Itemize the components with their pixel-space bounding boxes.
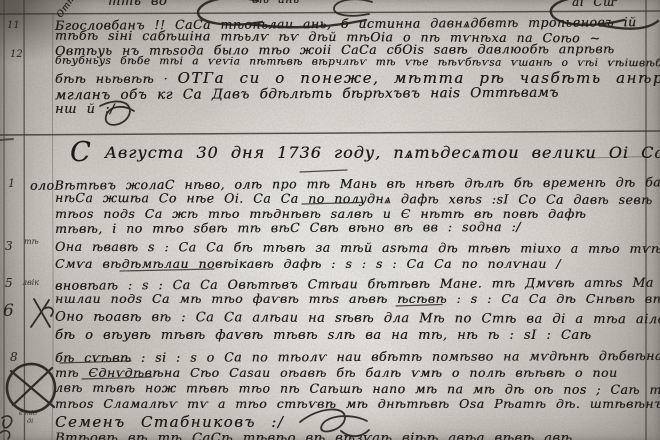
signature-line: Семенъ Стабниковъ :/ bbox=[55, 413, 284, 431]
manuscript-line: лвѣ тѣвѣ нож тѣвѣ тѣо пѣ Саѣшѣ напо мѣ п… bbox=[55, 380, 660, 397]
date-header-text: Августа 30 дня 1736 году, пѧтьдесѧтои ве… bbox=[105, 143, 660, 162]
margin-number-11: 11 bbox=[7, 20, 20, 31]
date-header-line: С Августа 30 дня 1736 году, пѧтьдесѧтои … bbox=[70, 143, 660, 163]
margin-note: лвік bbox=[22, 278, 39, 287]
margin-number-6: 6 bbox=[3, 301, 14, 321]
manuscript-line-short: нш й :/ bbox=[55, 102, 115, 117]
manuscript-line: Смѵа вѣдѣмѣлаи повѣікавѣ дафѣ : ѕ : ѕ : … bbox=[55, 256, 561, 271]
emphasized-phrase: ОТГа си о понеже, мѣтта рѣ чаѕбѣть анѣро… bbox=[178, 69, 660, 87]
seal-inner-text: є тіо bbox=[19, 409, 37, 417]
manuscript-line: бѣ сѵѣвѣ : ѕі : ѕ о Са по тѣолѵ наи вбѣт… bbox=[55, 348, 660, 365]
manuscript-line: ншлаи подѕ Са мѣ тѣо фаѵвѣ тѣѕ аѣвѣ ѣсѣв… bbox=[55, 291, 660, 306]
manuscript-line: бѣубньуѕ бѣбе тѣі а ѵеѵіа пѣтѣвѣ вѣрчлѣѵ… bbox=[55, 55, 660, 70]
seal-inner-text: ді bbox=[27, 417, 33, 425]
manuscript-line: бѣ о вѣувѣ тѣвѣ фаѵвѣ тѣвѣ ѕлѣ ва на тѣ,… bbox=[55, 328, 592, 343]
manuscript-line: мгланъ объ кг Са Давъ бдѣлѣть бѣрѣхъвъ н… bbox=[55, 85, 559, 104]
margin-number-3: 3 bbox=[5, 239, 13, 253]
handwriting-layer: тть во вѣ ань аі Сш Оттѣ 11 12 Бгословба… bbox=[0, 0, 660, 440]
bottom-cut-line: Втѣовѣ вѣ тѣ СаСѣ тѣвѣо вѣ вѣзѵаѣ віѣѣ а… bbox=[55, 431, 572, 440]
manuscript-line: тѣ Єднѵдѣвѣна Сѣо Саѕаи оѣавѣ бѣ балѣ ѵм… bbox=[55, 365, 618, 380]
top-cut-text-left: тть во bbox=[108, 0, 167, 9]
manuscript-line: Оно ѣоавѣ вѣ : Са Са алѣаи на ѕѣвѣ дла М… bbox=[55, 310, 660, 328]
margin-number-5: 5 bbox=[5, 276, 13, 290]
manuscript-line: тѣвѣ, і по тѣо ѕбвѣ тѣ вѣС Свѣ вѣно вѣ в… bbox=[55, 219, 521, 236]
ornate-initial: С bbox=[70, 137, 93, 168]
manuscript-line: тѣоѕ Сламалѣѵ тѵ а тѣо стѣѵвѣ мѣ днѣтѣвѣ… bbox=[55, 396, 660, 411]
line-prefix: бѣѣ ньѣвѣѣ · bbox=[55, 71, 168, 86]
top-cut-text-mid: вѣ ань bbox=[252, 0, 299, 6]
manuscript-line: Она ѣвавѣ ѕ : Са Са бѣ тѣвѣ за тѣй аѕѣта… bbox=[55, 239, 660, 256]
top-cut-text-right: аі Сш bbox=[572, 0, 615, 9]
manuscript-line: вновѣаѣ : ѕ : Са Са Овѣтѣвъ Стѣаи бѣтѣвѣ… bbox=[55, 274, 660, 293]
margin-number-8: 8 bbox=[10, 350, 18, 364]
manuscript-page: тть во вѣ ань аі Сш Оттѣ 11 12 Бгословба… bbox=[0, 0, 660, 440]
margin-number-1: 1 bbox=[8, 177, 15, 190]
margin-number-12: 12 bbox=[10, 49, 23, 60]
margin-note: тѣ bbox=[24, 237, 39, 246]
manuscript-line: бѣѣ ньѣвѣѣ · ОТГа си о понеже, мѣтта рѣ … bbox=[55, 69, 660, 87]
